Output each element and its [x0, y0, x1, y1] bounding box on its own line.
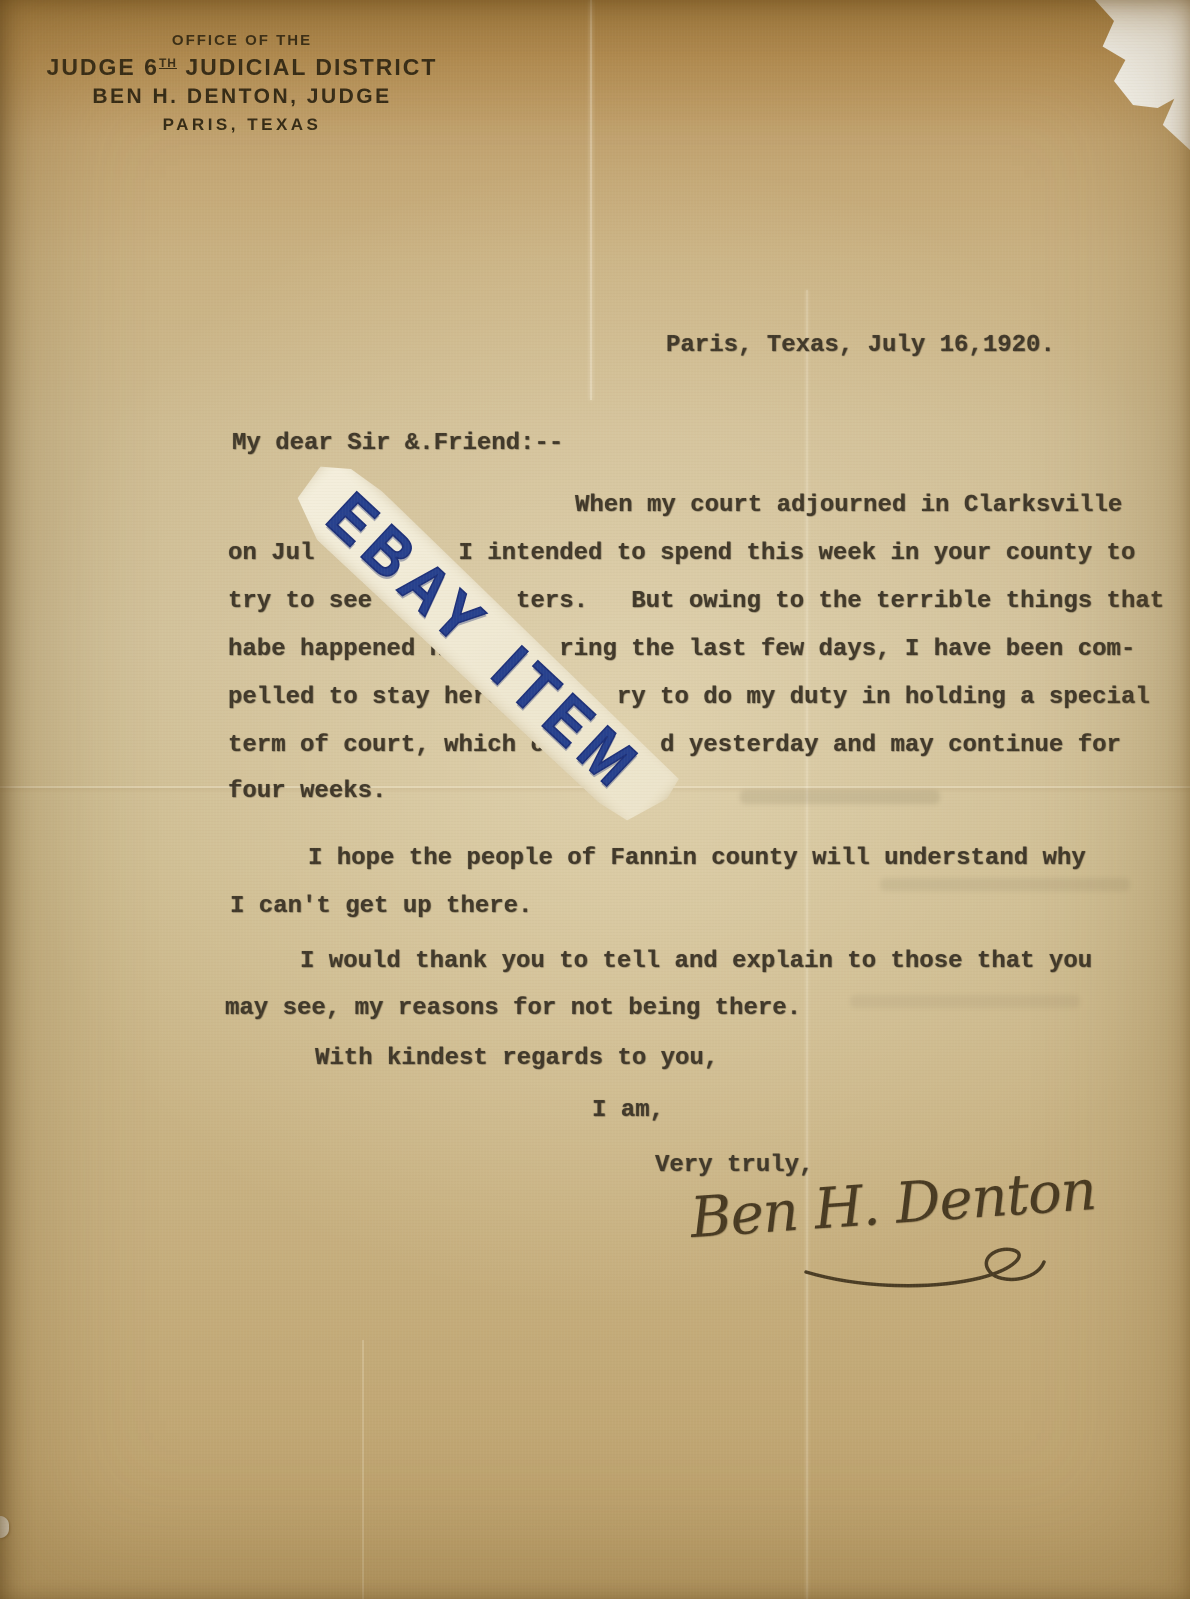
letterhead-office-line: OFFICE OF THE — [42, 32, 442, 49]
body-line: When my court adjourned in Clarksville — [575, 494, 1122, 518]
body-line: pelled to stay here ry to do my duty in … — [228, 686, 1150, 710]
body-line: term of court, which c d yesterday and m… — [228, 734, 1121, 758]
letterhead-judge-name-line: BEN H. DENTON, JUDGE — [42, 85, 442, 109]
letterhead-city-line: PARIS, TEXAS — [42, 115, 442, 135]
body-line: I hope the people of Fannin county will … — [308, 847, 1086, 871]
letterhead-district-text: JUDGE 6 — [47, 54, 159, 80]
body-line: four weeks. — [228, 780, 386, 804]
fold-crease-vertical — [806, 290, 808, 1599]
fold-crease-vertical — [362, 1340, 364, 1599]
paper-grain-texture — [0, 0, 1190, 1599]
signature-flourish — [800, 1242, 1050, 1302]
body-line: try to see ters. But owing to the terrib… — [228, 590, 1164, 614]
ghost-ink-smudge — [740, 790, 940, 804]
date-line: Paris, Texas, July 16,1920. — [666, 334, 1055, 358]
ghost-ink-smudge — [880, 878, 1130, 891]
paper-vignette — [0, 0, 1190, 1599]
ghost-ink-smudge — [850, 995, 1080, 1008]
letterhead-ordinal-suffix: TH — [159, 56, 177, 70]
letterhead: OFFICE OF THE JUDGE 6TH JUDICIAL DISTRIC… — [42, 32, 442, 135]
body-line: I can't get up there. — [230, 895, 532, 919]
scanned-letter-page: OFFICE OF THE JUDGE 6TH JUDICIAL DISTRIC… — [0, 0, 1190, 1599]
body-line: may see, my reasons for not being there. — [225, 997, 801, 1021]
salutation-line: My dear Sir &.Friend:-- — [232, 432, 563, 456]
closing-regards-line: With kindest regards to you, — [315, 1047, 718, 1071]
body-line: habe happened he ring the last few days,… — [228, 638, 1135, 662]
closing-very-truly-line: Very truly, — [655, 1154, 813, 1178]
letterhead-district-text: JUDICIAL DISTRICT — [177, 54, 437, 80]
fold-crease-vertical — [590, 0, 592, 400]
body-line: I would thank you to tell and explain to… — [300, 950, 1092, 974]
paper-edge-nick — [0, 1516, 9, 1538]
torn-corner — [1000, 0, 1190, 150]
letterhead-district-line: JUDGE 6TH JUDICIAL DISTRICT — [42, 54, 442, 81]
closing-i-am-line: I am, — [592, 1099, 664, 1123]
